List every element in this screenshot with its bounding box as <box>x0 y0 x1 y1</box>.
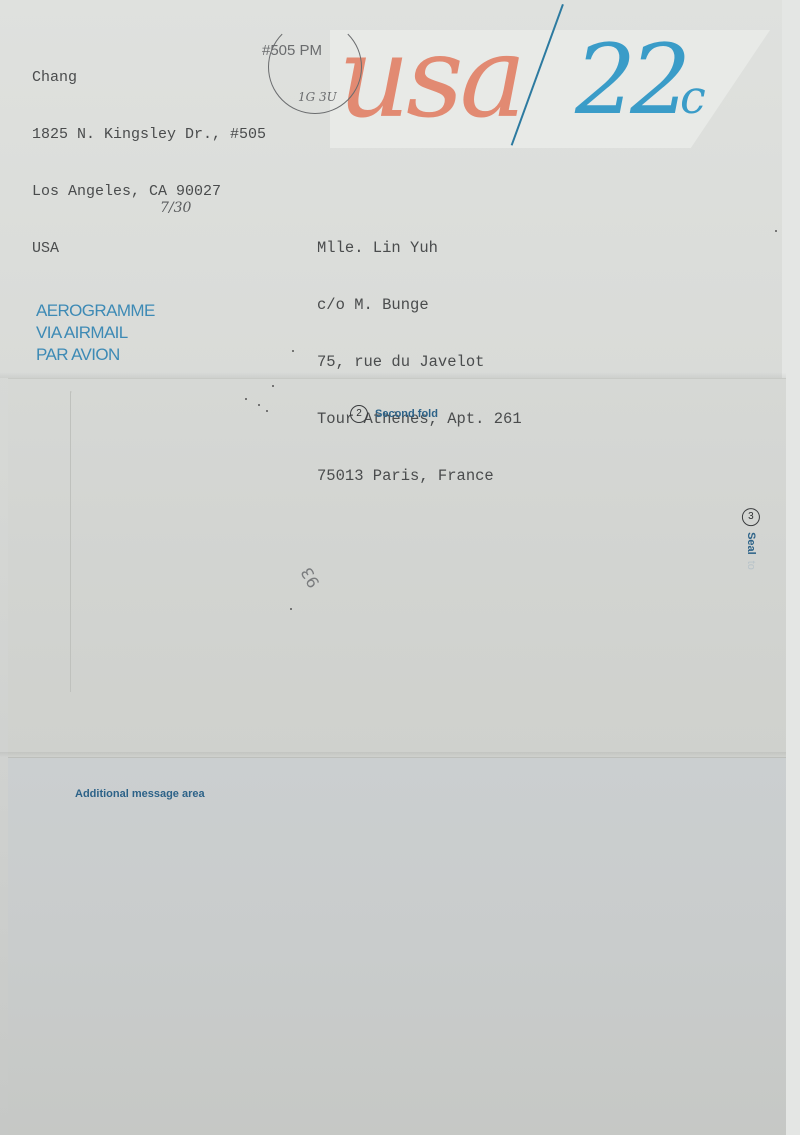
recipient-city: 75013 Paris, France <box>317 467 522 486</box>
fold-crease <box>0 752 786 757</box>
recipient-address: Mlle. Lin Yuh c/o M. Bunge 75, rue du Ja… <box>317 201 522 524</box>
sender-city: Los Angeles, CA 90027 <box>32 182 266 201</box>
ink-speck <box>292 350 294 352</box>
ink-speck <box>266 410 268 412</box>
second-fold-instruction: 2 Second fold <box>350 405 438 423</box>
recipient-street: 75, rue du Javelot <box>317 353 522 372</box>
aerogramme-sheet: Chang 1825 N. Kingsley Dr., #505 Los Ang… <box>0 0 800 1135</box>
seal-instruction: 3 Seal to <box>742 508 760 570</box>
message-panel <box>8 757 786 1135</box>
stamp-unit: c <box>680 70 706 124</box>
airmail-label: AEROGRAMME VIA AIRMAIL PAR AVION <box>36 300 155 366</box>
seal-label-faded: to <box>745 561 757 570</box>
message-area-label: Additional message area <box>75 788 205 800</box>
circled-number-icon: 3 <box>742 508 760 526</box>
postmark-date: 1G 3U <box>298 90 337 104</box>
ink-speck <box>258 404 260 406</box>
recipient-care-of: c/o M. Bunge <box>317 296 522 315</box>
seal-label: Seal <box>745 532 757 555</box>
ink-speck <box>290 608 292 610</box>
sender-country: USA <box>32 239 266 258</box>
airmail-line: AEROGRAMME <box>36 300 155 322</box>
ink-speck <box>245 398 247 400</box>
stamp-value: 22 <box>575 30 685 130</box>
stamp-country: usa <box>338 22 522 134</box>
circled-number-icon: 2 <box>350 405 368 423</box>
recipient-name: Mlle. Lin Yuh <box>317 239 522 258</box>
handwritten-note: 7/30 <box>160 200 191 216</box>
fold-guide-line <box>70 391 72 692</box>
sender-street: 1825 N. Kingsley Dr., #505 <box>32 125 266 144</box>
return-address: Chang 1825 N. Kingsley Dr., #505 Los Ang… <box>32 30 266 296</box>
sender-name: Chang <box>32 68 266 87</box>
second-fold-label: Second fold <box>375 408 438 420</box>
postmark-time: #505 PM <box>262 42 322 59</box>
airmail-line: PAR AVION <box>36 344 155 366</box>
ink-speck <box>775 230 777 232</box>
ink-speck <box>272 385 274 387</box>
airmail-line: VIA AIRMAIL <box>36 322 155 344</box>
